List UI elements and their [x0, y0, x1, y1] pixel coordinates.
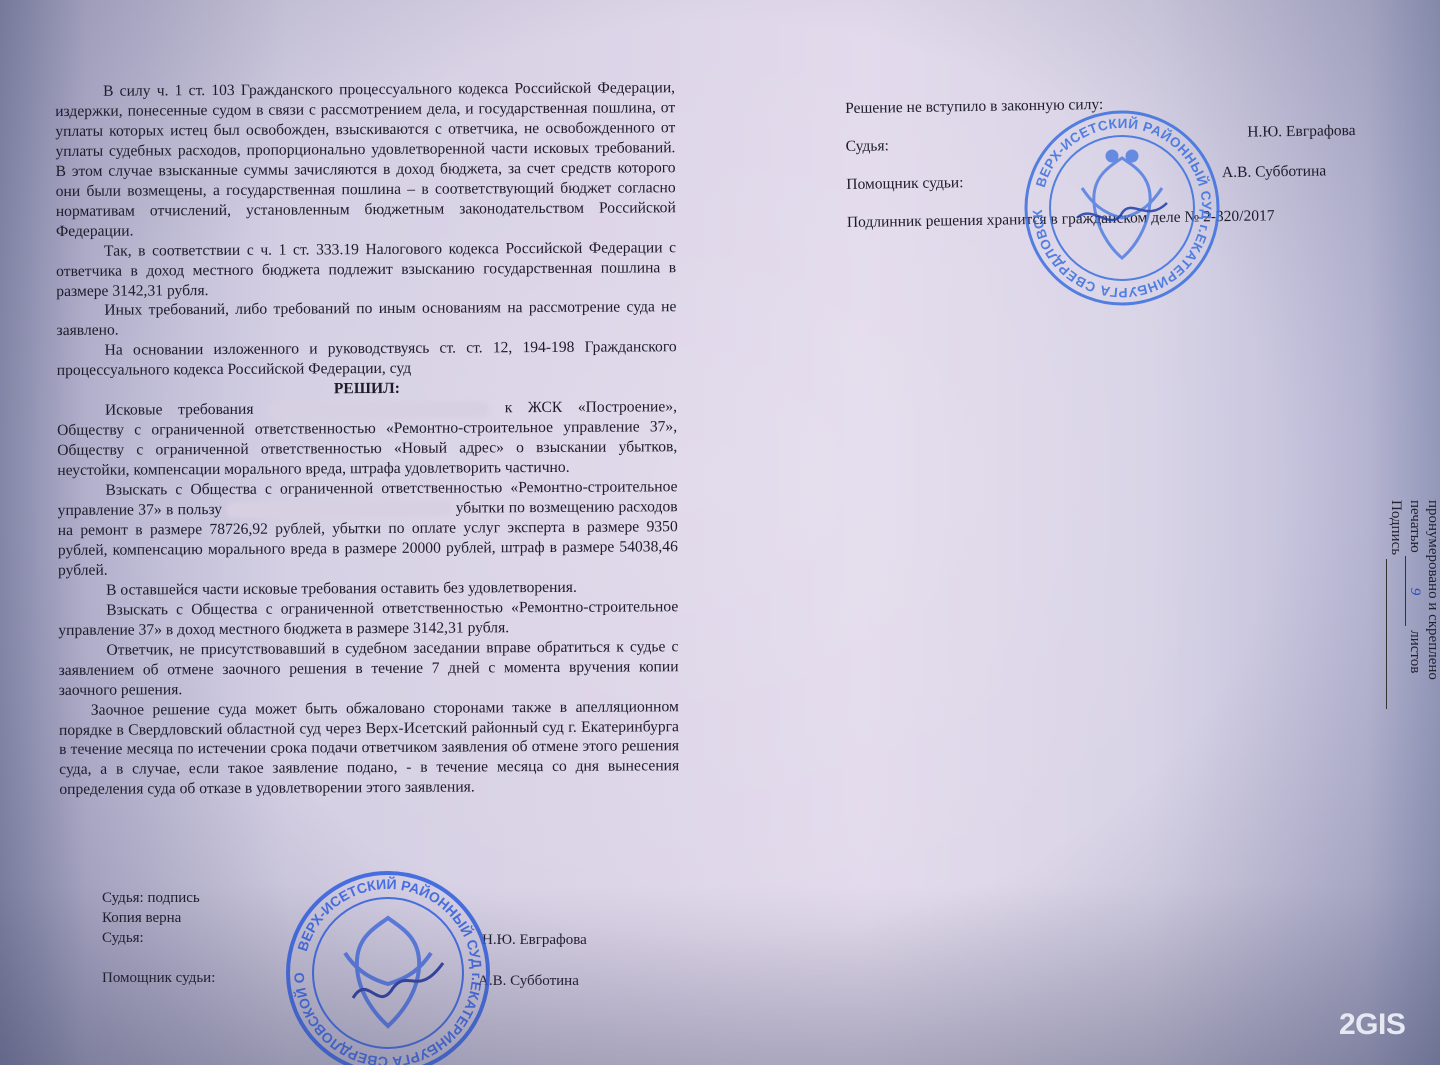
- copy-true-line: Копия верна: [102, 908, 622, 928]
- right-assistant-label: Помощник судьи:: [846, 174, 963, 193]
- decision-paragraph-6: Заочное решение суда может быть обжалова…: [59, 697, 680, 801]
- spacer: [102, 948, 622, 968]
- right-assistant-name: А.В. Субботина: [1222, 162, 1326, 182]
- decision-paragraph-2: Взыскать с Общества с ограниченной ответ…: [57, 477, 678, 581]
- 2gis-watermark-logo: 2GIS: [1339, 1008, 1405, 1042]
- margin-note-line-3: Подпись: [1386, 500, 1405, 790]
- assistant-name: А.В. Субботина: [478, 971, 579, 991]
- sheets-label: листов: [1407, 630, 1423, 673]
- paragraph-grounds: На основании изложенного и руководствуяс…: [57, 338, 677, 382]
- redacted-plaintiff-name: [269, 401, 489, 418]
- signature-label: Подпись: [1388, 500, 1404, 555]
- right-judge-name: Н.Ю. Евграфова: [1247, 122, 1356, 142]
- paragraph-no-other-claims: Иных требований, либо требований по иным…: [56, 298, 676, 342]
- right-judge-label: Судья:: [846, 137, 889, 155]
- judge-row: Судья: Н.Ю. Евграфова: [102, 928, 622, 948]
- original-note: Подлинник решения хранится в гражданском…: [847, 206, 1358, 252]
- assistant-label: Помощник судьи:: [102, 970, 215, 986]
- left-page-text: В силу ч. 1 ст. 103 Гражданского процесс…: [55, 78, 679, 800]
- margin-note-line-2: печатью 9 листов: [1405, 500, 1424, 790]
- paragraph-state-duty: Так, в соответствии с ч. 1 ст. 333.19 На…: [56, 238, 676, 302]
- decision-paragraph-4: Взыскать с Общества с ограниченной ответ…: [58, 597, 678, 641]
- left-signature-block: Судья: подпись Копия верна Судья: Н.Ю. Е…: [102, 888, 622, 988]
- judge-label: Судья:: [102, 930, 144, 946]
- decision-p1-start: Исковые требования: [105, 401, 254, 419]
- judge-signature-line: Судья: подпись: [102, 888, 622, 908]
- judge-name: Н.Ю. Евграфова: [482, 930, 587, 950]
- decision-paragraph-5: Ответчик, не присутствовавший в судебном…: [58, 637, 678, 701]
- margin-note-line-1: пронумеровано и скреплено: [1424, 500, 1440, 790]
- paragraph-costs: В силу ч. 1 ст. 103 Гражданского процесс…: [55, 78, 676, 241]
- handwritten-signature: [1386, 559, 1405, 709]
- redacted-plaintiff-name-2: [226, 501, 451, 518]
- decision-paragraph-1: Исковые требования к ЖСК «Построение», О…: [57, 397, 677, 481]
- seal-label: печатью: [1407, 500, 1423, 553]
- sheet-count: 9: [1405, 556, 1424, 626]
- assistant-row: Помощник судьи: А.В. Субботина: [102, 968, 622, 988]
- binding-margin-note: пронумеровано и скреплено печатью 9 лист…: [1372, 500, 1440, 790]
- right-page-certification: Решение не вступило в законную силу: Суд…: [845, 92, 1357, 252]
